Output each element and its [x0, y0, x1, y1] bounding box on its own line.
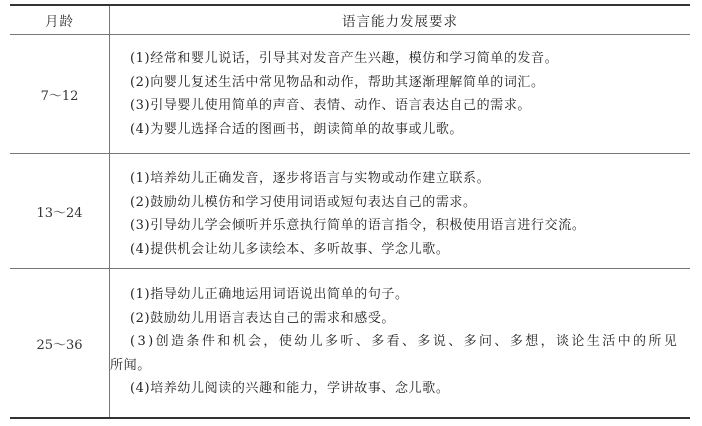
- requirement-item: (2)向婴儿复述生活中常见物品和动作，帮助其逐渐理解简单的词汇。: [130, 71, 680, 95]
- requirement-item: (3)引导婴儿使用简单的声音、表情、动作、语言表达自己的需求。: [130, 94, 680, 118]
- requirement-item: (3)创造条件和机会，使幼儿多听、多看、多说、多问、多想，谈论生活中的所见: [110, 330, 680, 354]
- table-row: 7～12 (1)经常和婴儿说话，引导其对发音产生兴趣，模仿和学习简单的发音。 (…: [10, 35, 690, 153]
- requirement-item: (4)培养幼儿阅读的兴趣和能力，学讲故事、念儿歌。: [110, 377, 680, 401]
- requirements-cell: (1)经常和婴儿说话，引导其对发音产生兴趣，模仿和学习简单的发音。 (2)向婴儿…: [110, 35, 690, 153]
- requirement-item: (2)鼓励幼儿模仿和学习使用词语或短句表达自己的需求。: [130, 191, 680, 215]
- language-development-table: 月龄 语言能力发展要求 7～12 (1)经常和婴儿说话，引导其对发音产生兴趣，模…: [10, 4, 690, 419]
- requirement-item: (1)经常和婴儿说话，引导其对发音产生兴趣，模仿和学习简单的发音。: [130, 47, 680, 71]
- requirements-cell: (1)培养幼儿正确发音，逐步将语言与实物或动作建立联系。 (2)鼓励幼儿模仿和学…: [110, 154, 690, 268]
- table-row: 13～24 (1)培养幼儿正确发音，逐步将语言与实物或动作建立联系。 (2)鼓励…: [10, 154, 690, 268]
- age-cell: 25～36: [10, 269, 110, 417]
- requirement-item: (2)鼓励幼儿用语言表达自己的需求和感受。: [110, 307, 680, 331]
- header-age: 月龄: [10, 6, 110, 34]
- table-header-row: 月龄 语言能力发展要求: [10, 6, 690, 34]
- requirement-item: (1)指导幼儿正确地运用词语说出简单的句子。: [110, 283, 680, 307]
- header-requirements: 语言能力发展要求: [110, 6, 690, 34]
- age-cell: 13～24: [10, 154, 110, 268]
- requirement-item: (1)培养幼儿正确发音，逐步将语言与实物或动作建立联系。: [130, 167, 680, 191]
- age-cell: 7～12: [10, 35, 110, 153]
- table-row: 25～36 (1)指导幼儿正确地运用词语说出简单的句子。 (2)鼓励幼儿用语言表…: [10, 269, 690, 417]
- table-bottom-rule: [10, 417, 690, 419]
- requirement-item-continuation: 所闻。: [110, 354, 680, 378]
- requirement-item: (4)为婴儿选择合适的图画书，朗读简单的故事或儿歌。: [130, 118, 680, 142]
- requirements-cell: (1)指导幼儿正确地运用词语说出简单的句子。 (2)鼓励幼儿用语言表达自己的需求…: [110, 269, 690, 417]
- requirement-item: (4)提供机会让幼儿多读绘本、多听故事、学念儿歌。: [130, 238, 680, 262]
- requirement-item: (3)引导幼儿学会倾听并乐意执行简单的语言指令，积极使用语言进行交流。: [130, 214, 680, 238]
